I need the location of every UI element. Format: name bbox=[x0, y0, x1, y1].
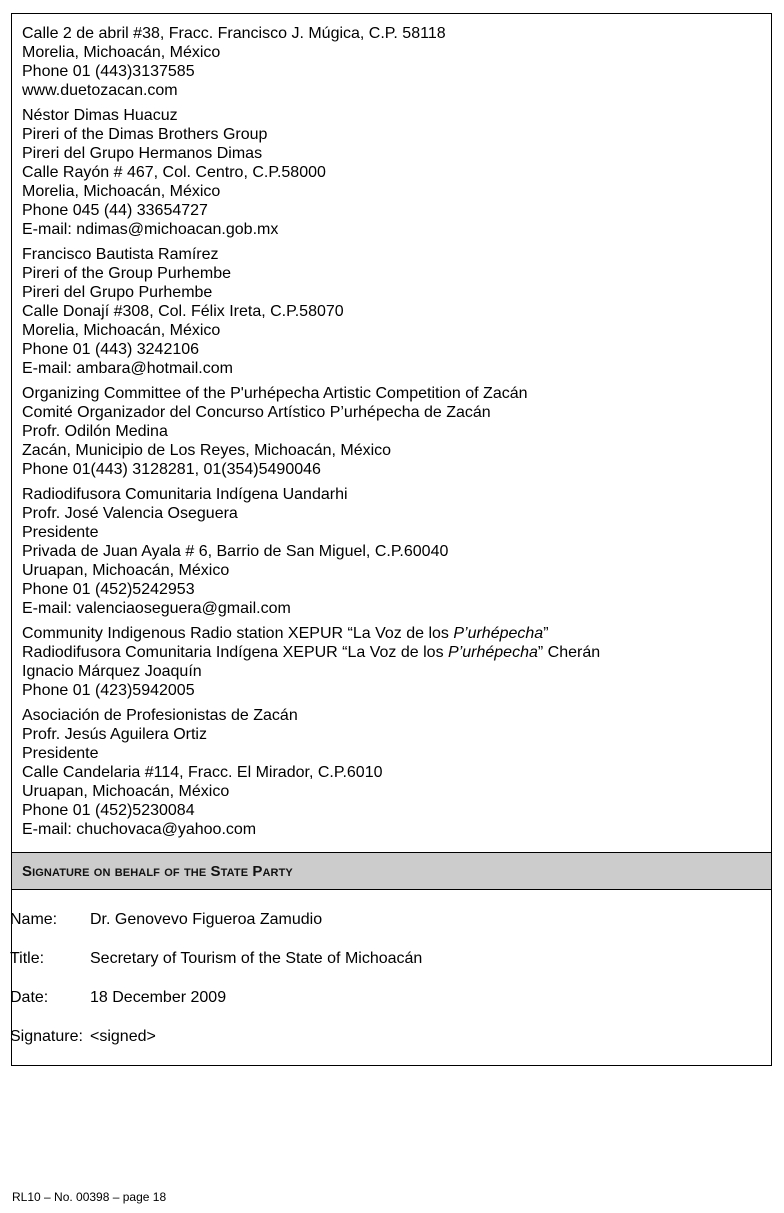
contact-line: Morelia, Michoacán, México bbox=[22, 321, 761, 340]
contact-line: Morelia, Michoacán, México bbox=[22, 43, 761, 62]
signature-section-heading: Signature on behalf of the State Party bbox=[22, 863, 293, 880]
contact-line: Phone 01(443) 3128281, 01(354)5490046 bbox=[22, 460, 761, 479]
document-box: Calle 2 de abril #38, Fracc. Francisco J… bbox=[11, 13, 772, 1066]
contact-line: Ignacio Márquez Joaquín bbox=[22, 662, 761, 681]
contact-line: Uruapan, Michoacán, México bbox=[22, 561, 761, 580]
contact-line: Presidente bbox=[22, 523, 761, 542]
contact-line: E-mail: valenciaoseguera@gmail.com bbox=[22, 599, 761, 618]
title-value: Secretary of Tourism of the State of Mic… bbox=[90, 950, 422, 968]
contact-line: Pireri of the Group Purhembe bbox=[22, 264, 761, 283]
contact-block: Asociación de Profesionistas de ZacánPro… bbox=[22, 706, 761, 839]
date-value: 18 December 2009 bbox=[90, 989, 226, 1007]
contact-line: Phone 01 (443)3137585 bbox=[22, 62, 761, 81]
contact-line: Asociación de Profesionistas de Zacán bbox=[22, 706, 761, 725]
italic-term: P’urhépecha bbox=[453, 625, 543, 642]
contact-block: Organizing Committee of the P'urhépecha … bbox=[22, 384, 761, 479]
contact-line: Organizing Committee of the P'urhépecha … bbox=[22, 384, 761, 403]
contact-line: Néstor Dimas Huacuz bbox=[22, 106, 761, 125]
contact-line: Presidente bbox=[22, 744, 761, 763]
contact-block: Francisco Bautista RamírezPireri of the … bbox=[22, 245, 761, 378]
contact-line: Profr. Jesús Aguilera Ortiz bbox=[22, 725, 761, 744]
contact-line: Uruapan, Michoacán, México bbox=[22, 782, 761, 801]
contact-block: Community Indigenous Radio station XEPUR… bbox=[22, 624, 761, 700]
signature-label: Signature: bbox=[10, 1028, 83, 1046]
contact-line: Phone 01 (452)5230084 bbox=[22, 801, 761, 820]
page-footer: RL10 – No. 00398 – page 18 bbox=[12, 1190, 166, 1204]
contact-line: Pireri del Grupo Hermanos Dimas bbox=[22, 144, 761, 163]
italic-term: P’urhépecha bbox=[448, 644, 538, 661]
contact-line: Privada de Juan Ayala # 6, Barrio de San… bbox=[22, 542, 761, 561]
name-label: Name: bbox=[10, 911, 57, 929]
contact-line: Profr. José Valencia Oseguera bbox=[22, 504, 761, 523]
contacts-list: Calle 2 de abril #38, Fracc. Francisco J… bbox=[22, 24, 761, 845]
contact-block: Calle 2 de abril #38, Fracc. Francisco J… bbox=[22, 24, 761, 100]
contact-line: Calle Donají #308, Col. Félix Ireta, C.P… bbox=[22, 302, 761, 321]
contact-line: E-mail: ambara@hotmail.com bbox=[22, 359, 761, 378]
contact-line: Morelia, Michoacán, México bbox=[22, 182, 761, 201]
contact-line: Calle 2 de abril #38, Fracc. Francisco J… bbox=[22, 24, 761, 43]
contact-block: Radiodifusora Comunitaria Indígena Uanda… bbox=[22, 485, 761, 618]
contact-line: E-mail: ndimas@michoacan.gob.mx bbox=[22, 220, 761, 239]
contact-line: Radiodifusora Comunitaria Indígena XEPUR… bbox=[22, 643, 761, 662]
contact-line: Calle Rayón # 467, Col. Centro, C.P.5800… bbox=[22, 163, 761, 182]
contact-line: E-mail: chuchovaca@yahoo.com bbox=[22, 820, 761, 839]
contact-line: Phone 045 (44) 33654727 bbox=[22, 201, 761, 220]
signature-section-header: Signature on behalf of the State Party bbox=[12, 852, 771, 890]
contact-line: Profr. Odilón Medina bbox=[22, 422, 761, 441]
contact-line: Comité Organizador del Concurso Artístic… bbox=[22, 403, 761, 422]
contact-line: Pireri del Grupo Purhembe bbox=[22, 283, 761, 302]
contact-line: Calle Candelaria #114, Fracc. El Mirador… bbox=[22, 763, 761, 782]
contact-line: Pireri of the Dimas Brothers Group bbox=[22, 125, 761, 144]
contact-line: www.duetozacan.com bbox=[22, 81, 761, 100]
contact-block: Néstor Dimas HuacuzPireri of the Dimas B… bbox=[22, 106, 761, 239]
contact-line: Francisco Bautista Ramírez bbox=[22, 245, 761, 264]
name-value: Dr. Genovevo Figueroa Zamudio bbox=[90, 911, 322, 929]
signature-value: <signed> bbox=[90, 1028, 156, 1046]
title-label: Title: bbox=[10, 950, 44, 968]
contact-line: Phone 01 (452)5242953 bbox=[22, 580, 761, 599]
contact-line: Community Indigenous Radio station XEPUR… bbox=[22, 624, 761, 643]
contact-line: Zacán, Municipio de Los Reyes, Michoacán… bbox=[22, 441, 761, 460]
contact-line: Radiodifusora Comunitaria Indígena Uanda… bbox=[22, 485, 761, 504]
date-label: Date: bbox=[10, 989, 48, 1007]
contact-line: Phone 01 (423)5942005 bbox=[22, 681, 761, 700]
contact-line: Phone 01 (443) 3242106 bbox=[22, 340, 761, 359]
